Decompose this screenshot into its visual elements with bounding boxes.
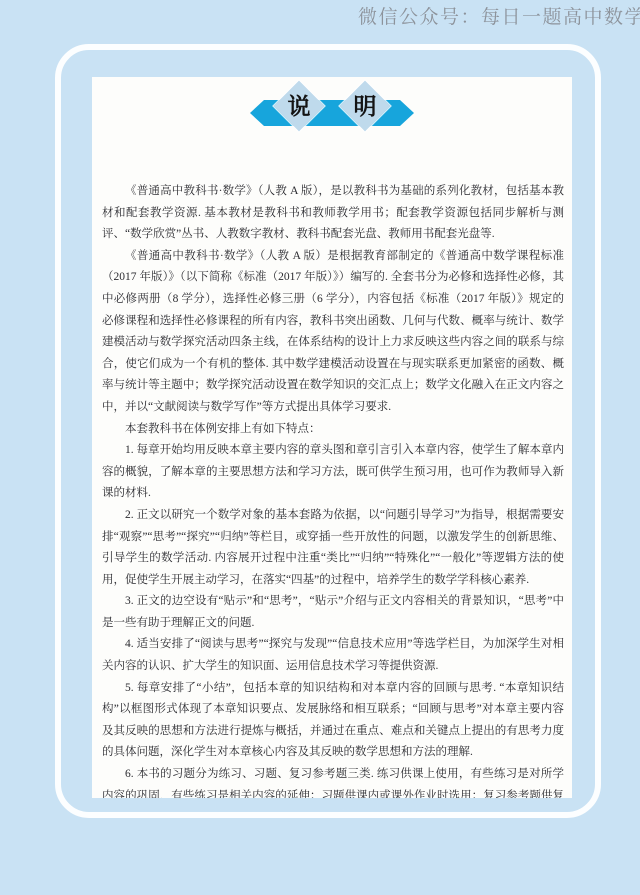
- body-paragraph: 1. 每章开始均用反映本章主要内容的章头图和章引言引入本章内容，使学生了解本章内…: [102, 440, 564, 505]
- body-paragraph: 3. 正文的边空设有“贴示”和“思考”，“贴示”介绍与正文内容相关的背景知识，“…: [102, 591, 564, 634]
- body-paragraph: 6. 本书的习题分为练习、习题、复习参考题三类. 练习供课上使用，有些练习是对所…: [102, 764, 564, 798]
- body-paragraph: 4. 适当安排了“阅读与思考”“探究与发现”“信息技术应用”等选学栏目，为加深学…: [102, 634, 564, 677]
- book-page: 说 明 《普通高中教科书·数学》（人教 A 版），是以教科书为基础的系列化教材，…: [92, 77, 572, 798]
- body-paragraph: 《普通高中教科书·数学》（人教 A 版）是根据教育部制定的《普通高中数学课程标准…: [102, 246, 564, 419]
- title-char-ming: 明: [354, 95, 377, 118]
- body-paragraph: 5. 每章安排了“小结”，包括本章的知识结构和对本章内容的回顾与思考. “本章知…: [102, 678, 564, 764]
- body-text: 《普通高中教科书·数学》（人教 A 版），是以教科书为基础的系列化教材，包括基本…: [102, 181, 564, 798]
- scanned-textbook-page: { "watermark": { "text": "微信公众号：每日一题高中数学…: [0, 0, 640, 895]
- wechat-watermark: 微信公众号：每日一题高中数学: [358, 2, 640, 29]
- body-paragraph: 《普通高中教科书·数学》（人教 A 版），是以教科书为基础的系列化教材，包括基本…: [102, 181, 564, 246]
- title-char-shuo: 说: [288, 95, 311, 118]
- body-paragraph: 本套教科书在体例安排上有如下特点：: [102, 419, 564, 441]
- body-paragraph: 2. 正文以研究一个数学对象的基本套路为依据，以“问题引导学习”为指导，根据需要…: [102, 505, 564, 591]
